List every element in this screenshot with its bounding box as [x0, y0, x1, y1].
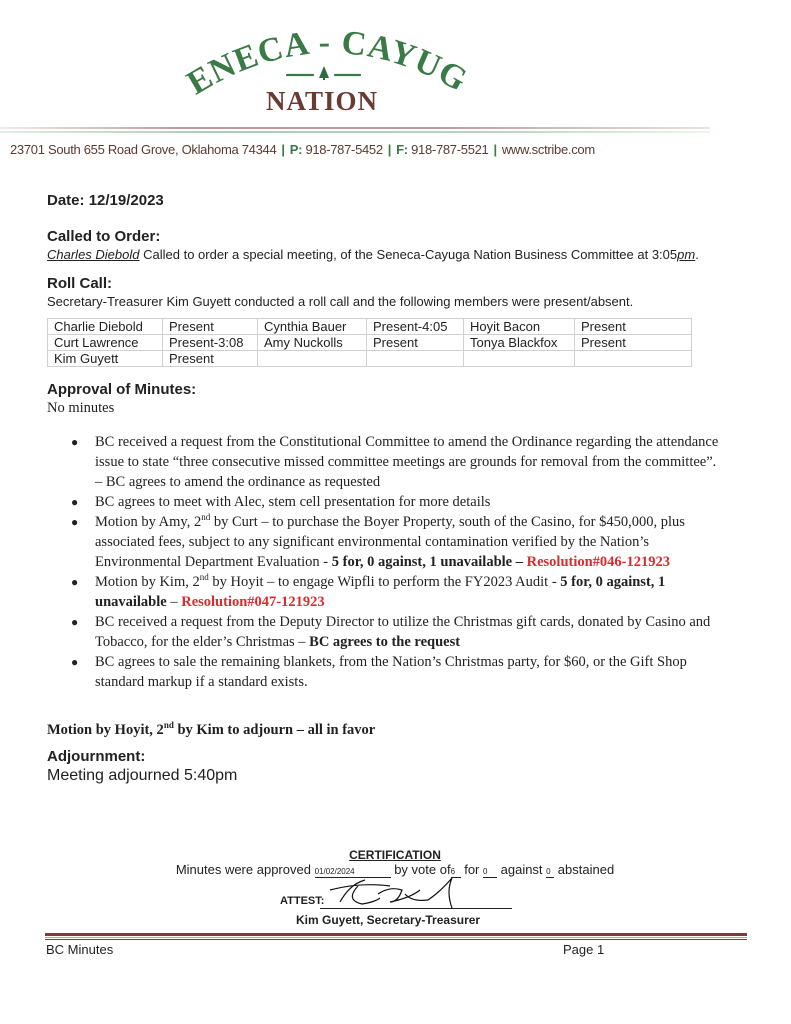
logo-subtitle: NATION — [266, 86, 378, 116]
member-name-cell — [258, 351, 367, 367]
member-name-cell: Tonya Blackfox — [464, 335, 575, 351]
table-row: Charlie DieboldPresentCynthia BauerPrese… — [48, 319, 692, 335]
called-to-order-heading: Called to Order: — [47, 228, 727, 246]
called-to-order-text: Charles Diebold Called to order a specia… — [47, 246, 727, 263]
bullet-icon: ● — [71, 432, 78, 452]
approval-text: No minutes — [47, 399, 727, 418]
roll-call-table: Charlie DieboldPresentCynthia BauerPrese… — [47, 318, 692, 367]
header-divider — [0, 127, 710, 133]
logo-graphic: SENECA - CAYUGA NATION — [180, 22, 480, 117]
attendance-status-cell: Present-3:08 — [163, 335, 258, 351]
member-name-cell — [464, 351, 575, 367]
attendance-status-cell: Present — [575, 319, 692, 335]
page-number: Page 1 — [563, 942, 604, 957]
attendance-status-cell: Present — [367, 335, 464, 351]
bullet-icon: ● — [71, 612, 78, 632]
signature-line — [320, 908, 512, 909]
member-name-cell: Kim Guyett — [48, 351, 163, 367]
resolution-number: Resolution#046-121923 — [527, 554, 670, 570]
footer-title: BC Minutes — [46, 942, 113, 957]
roll-call-heading: Roll Call: — [47, 275, 727, 293]
attendance-status-cell — [575, 351, 692, 367]
attendance-status-cell: Present — [575, 335, 692, 351]
resolution-number: Resolution#047-121923 — [181, 594, 324, 610]
member-name-cell: Amy Nuckolls — [258, 335, 367, 351]
tree-icon — [287, 66, 360, 80]
fax-number: 918-787-5521 — [411, 142, 488, 157]
signature-icon — [320, 872, 500, 912]
approval-heading: Approval of Minutes: — [47, 381, 727, 399]
attendance-status-cell — [367, 351, 464, 367]
list-item: ●BC agrees to meet with Alec, stem cell … — [95, 492, 727, 512]
certification-title: CERTIFICATION — [150, 848, 640, 862]
bullet-icon: ● — [71, 492, 78, 512]
list-item: ●BC received a request from the Deputy D… — [95, 612, 727, 652]
meeting-date: Date: 12/19/2023 — [47, 192, 727, 209]
table-row: Curt LawrencePresent-3:08Amy NuckollsPre… — [48, 335, 692, 351]
bullet-icon: ● — [71, 572, 78, 592]
list-item: ●BC received a request from the Constitu… — [95, 432, 727, 492]
roll-call-text: Secretary-Treasurer Kim Guyett conducted… — [47, 293, 727, 310]
bullet-icon: ● — [71, 652, 78, 672]
list-item: ●Motion by Kim, 2nd by Hoyit – to engage… — [95, 572, 727, 612]
seneca-cayuga-logo: SENECA - CAYUGA NATION — [180, 22, 480, 117]
adjournment-text: Meeting adjourned 5:40pm — [47, 766, 727, 785]
address: 23701 South 655 Road Grove, Oklahoma 743… — [10, 142, 276, 157]
table-row: Kim GuyettPresent — [48, 351, 692, 367]
member-name-cell: Curt Lawrence — [48, 335, 163, 351]
adjourn-motion: Motion by Hoyit, 2nd by Kim to adjourn –… — [47, 722, 727, 739]
attendance-status-cell: Present — [163, 319, 258, 335]
list-item: ●BC agrees to sale the remaining blanket… — [95, 652, 727, 692]
member-name-cell: Hoyit Bacon — [464, 319, 575, 335]
minutes-body: Date: 12/19/2023 Called to Order: Charle… — [47, 192, 727, 785]
footer-divider — [45, 933, 747, 940]
votes-abstained-field: 0 — [546, 867, 554, 878]
attest-label: ATTEST: — [280, 895, 324, 907]
agenda-items: ●BC received a request from the Constitu… — [47, 432, 727, 692]
list-item: ●Motion by Amy, 2nd by Curt – to purchas… — [95, 512, 727, 572]
signer-name: Kim Guyett, Secretary-Treasurer — [296, 913, 480, 927]
bullet-icon: ● — [71, 512, 78, 532]
adjournment-heading: Adjournment: — [47, 748, 727, 766]
attendance-status-cell: Present-4:05 — [367, 319, 464, 335]
member-name-cell: Charlie Diebold — [48, 319, 163, 335]
member-name-cell: Cynthia Bauer — [258, 319, 367, 335]
contact-line: 23701 South 655 Road Grove, Oklahoma 743… — [10, 142, 595, 157]
attendance-status-cell: Present — [163, 351, 258, 367]
phone-number: 918-787-5452 — [305, 142, 382, 157]
website-link[interactable]: www.sctribe.com — [502, 142, 595, 157]
